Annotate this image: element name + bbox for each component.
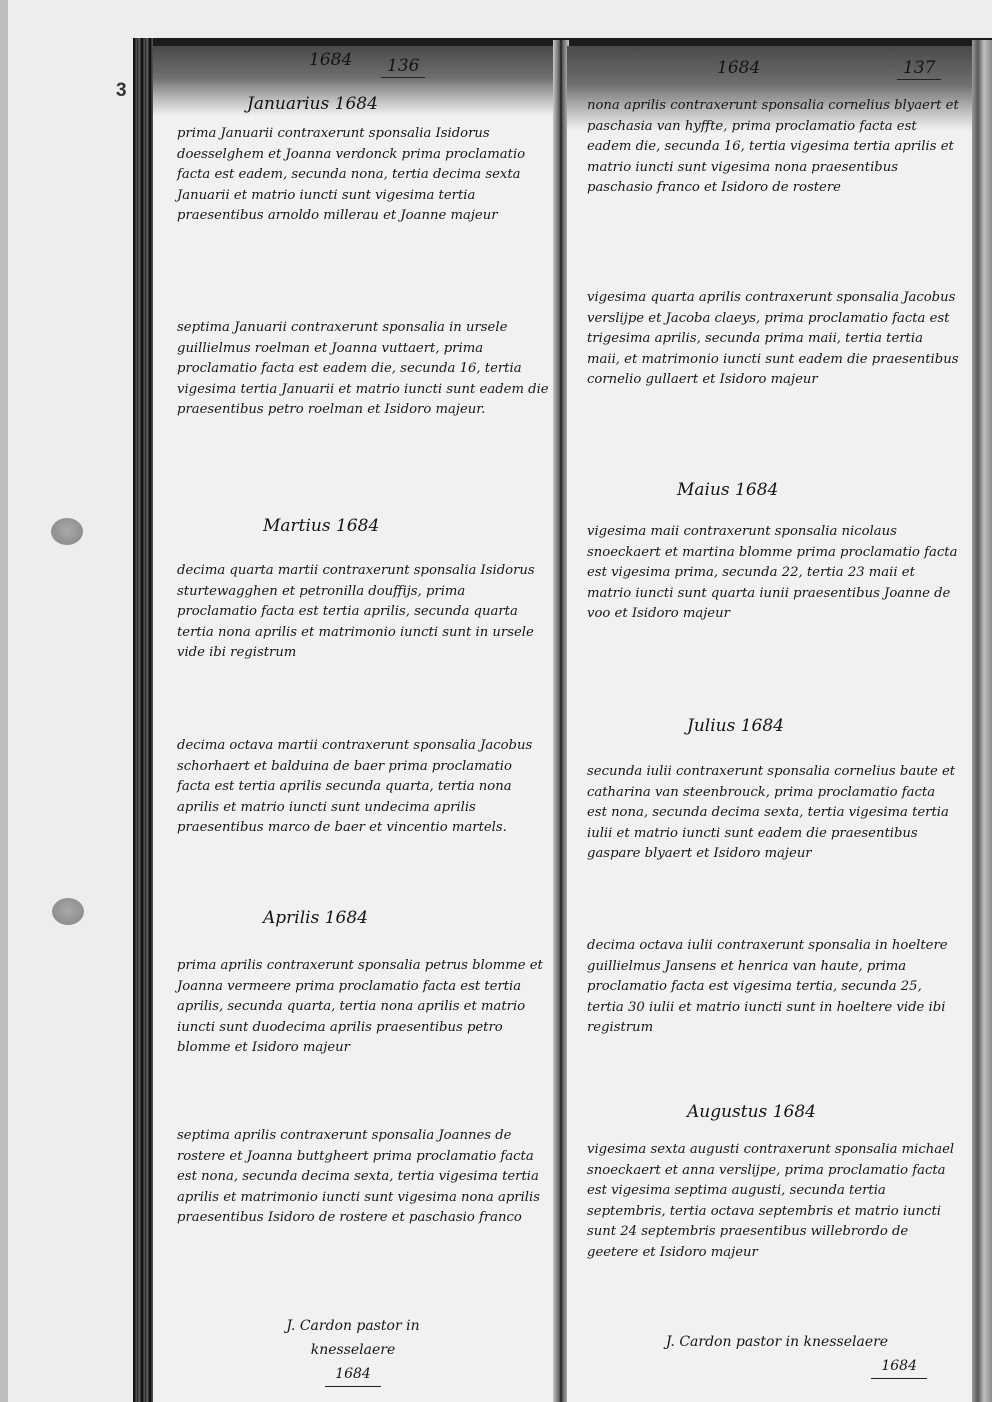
- month-heading-aprilis: Aprilis 1684: [263, 908, 368, 928]
- page-stack-edge: [972, 40, 992, 1402]
- punch-hole-top: [51, 518, 83, 545]
- right-page: 1684 137 nona aprilis contraxerunt spons…: [567, 46, 972, 1402]
- month-heading-augustus: Augustus 1684: [687, 1102, 816, 1122]
- folio-number: 136: [381, 56, 425, 78]
- pastor-signature: J. Cardon pastor in knesselaere 1684: [223, 1314, 483, 1387]
- pastor-signature: J. Cardon pastor in knesselaere 1684: [607, 1330, 947, 1379]
- register-entry: nona aprilis contraxerunt sponsalia corn…: [587, 96, 959, 199]
- punch-hole-bottom: [52, 898, 84, 925]
- folio-number: 137: [897, 58, 941, 80]
- register-entry: vigesima sexta augusti contraxerunt spon…: [587, 1140, 959, 1264]
- register-entry: decima octava martii contraxerunt sponsa…: [177, 736, 549, 839]
- left-page: 1684 136 Januarius 1684 prima Januarii c…: [153, 46, 557, 1402]
- register-entry: vigesima quarta aprilis contraxerunt spo…: [587, 288, 959, 391]
- register-entry: prima Januarii contraxerunt sponsalia Is…: [177, 124, 549, 227]
- month-heading-julius: Julius 1684: [687, 716, 784, 736]
- page-year: 1684: [309, 50, 352, 70]
- scanned-sheet: 3 1684 136 Januarius 1684 prima Januarii…: [0, 0, 992, 1402]
- register-entry: decima quarta martii contraxerunt sponsa…: [177, 561, 549, 664]
- binder-strip: [0, 0, 8, 1402]
- page-year: 1684: [717, 58, 760, 78]
- signature-year: 1684: [325, 1362, 381, 1387]
- month-heading-maius: Maius 1684: [677, 480, 778, 500]
- register-entry: prima aprilis contraxerunt sponsalia pet…: [177, 956, 549, 1059]
- signature-line: J. Cardon pastor in knesselaere: [607, 1330, 947, 1354]
- month-heading-martius: Martius 1684: [263, 516, 379, 536]
- signature-place: knesselaere: [223, 1338, 483, 1362]
- month-heading-januarius: Januarius 1684: [247, 94, 378, 114]
- sheet-number: 3: [116, 80, 127, 102]
- register-entry: septima Januarii contraxerunt sponsalia …: [177, 318, 549, 421]
- register-entry: vigesima maii contraxerunt sponsalia nic…: [587, 522, 959, 625]
- register-entry: secunda iulii contraxerunt sponsalia cor…: [587, 762, 959, 865]
- signature-line: J. Cardon pastor in: [223, 1314, 483, 1338]
- book-spine-edge: [133, 38, 153, 1402]
- register-entry: septima aprilis contraxerunt sponsalia J…: [177, 1126, 549, 1229]
- register-entry: decima octava iulii contraxerunt sponsal…: [587, 936, 959, 1039]
- signature-year: 1684: [871, 1354, 927, 1379]
